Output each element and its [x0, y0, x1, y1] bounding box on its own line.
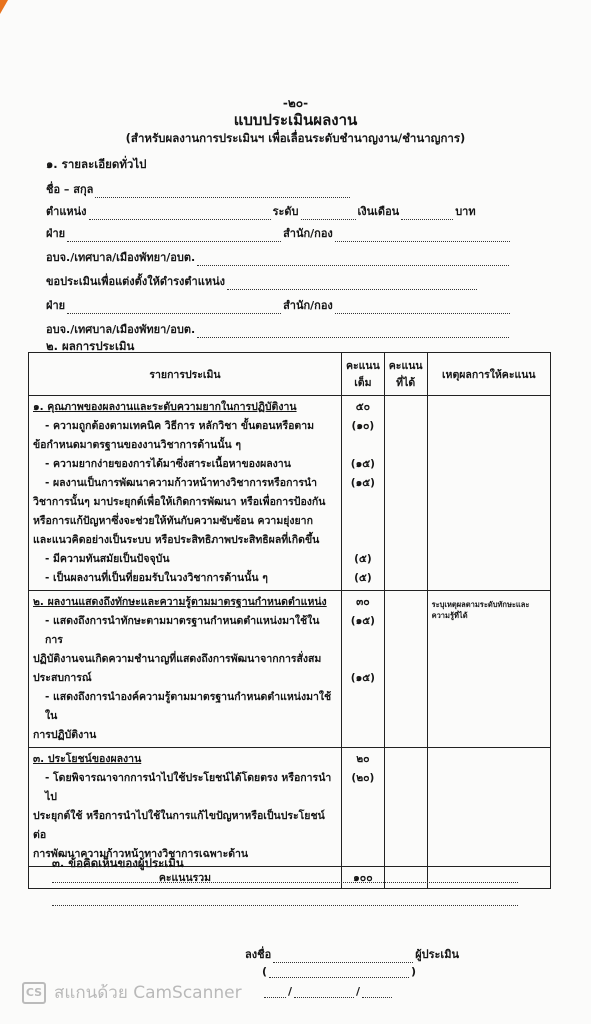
section1-heading: ๑. รายละเอียดทั่วไป: [46, 156, 146, 174]
signature-row: ลงชื่อ ผู้ประเมิน: [245, 945, 459, 963]
criteria-score: [346, 631, 380, 650]
criteria-text: วิชาการนั้นๆ มาประยุกต์เพื่อให้เกิดการพั…: [33, 493, 337, 512]
criteria-score: (๒๐): [346, 769, 380, 788]
office2-field[interactable]: [335, 303, 510, 314]
open-paren: (: [262, 965, 267, 978]
org2-field-row: อบจ./เทศบาล/เมืองพัทยา/อบต.: [46, 320, 511, 338]
table-row: ๒. ผลงานแสดงถึงทักษะและความรู้ตามมาตรฐาน…: [29, 591, 551, 748]
criteria-score: [346, 436, 380, 455]
criteria-score: [346, 688, 380, 707]
criteria-score: [346, 650, 380, 669]
header-full-score: คะแนนเต็ม: [341, 353, 384, 396]
total-reason-cell[interactable]: [427, 867, 550, 889]
position-label: ตำแหน่ง: [46, 202, 87, 220]
reason-cell[interactable]: ระบุเหตุผลตามระดับทักษะและความรู้ที่ได้: [427, 591, 550, 748]
position-field[interactable]: [89, 209, 271, 220]
header-reason: เหตุผลการให้คะแนน: [427, 353, 550, 396]
date-day-field[interactable]: [264, 987, 286, 998]
date-row: / /: [262, 985, 394, 998]
table-row: ๓. ประโยชน์ของผลงาน- โดยพิจารณาจากการนำไ…: [29, 748, 551, 867]
org-field[interactable]: [197, 255, 509, 266]
division2-field[interactable]: [67, 303, 281, 314]
office-label: สำนัก/กอง: [283, 224, 333, 242]
item-full-score: ๕๐: [346, 398, 380, 417]
item-cell: ๓. ประโยชน์ของผลงาน- โดยพิจารณาจากการนำไ…: [29, 748, 342, 867]
criteria-text: ข้อกำหนดมาตรฐานของงานวิชาการด้านนั้น ๆ: [33, 436, 337, 455]
section3-heading: ๓. ข้อคิดเห็นของผู้ประเมิน: [52, 855, 184, 873]
form-subtitle: (สำหรับผลงานการประเมินฯ เพื่อเลื่อนระดับ…: [0, 130, 591, 148]
org2-label: อบจ./เทศบาล/เมืองพัทยา/อบต.: [46, 320, 195, 338]
criteria-score: (๑๕): [346, 612, 380, 631]
baht-label: บาท: [455, 202, 475, 220]
level-field[interactable]: [301, 209, 356, 220]
total-full-score: ๑๐๐: [341, 867, 384, 889]
criteria-text: - ความยากง่ายของการได้มาซึ่งสาระเนื้อหาข…: [33, 455, 337, 474]
criteria-score: [346, 788, 380, 807]
criteria-score: (๑๕): [346, 669, 380, 688]
comment-line-2[interactable]: [52, 905, 518, 906]
criteria-score: (๕): [346, 569, 380, 588]
reason-cell[interactable]: [427, 396, 550, 591]
date-month-field[interactable]: [294, 987, 354, 998]
got-score-cell[interactable]: [384, 748, 427, 867]
got-score-cell[interactable]: [384, 396, 427, 591]
criteria-text: - ความถูกต้องตามเทคนิค วิธีการ หลักวิชา …: [33, 417, 337, 436]
criteria-text: หรือการแก้ปัญหาซึ่งจะช่วยให้ทันกับความซั…: [33, 512, 337, 531]
criteria-score: [346, 807, 380, 826]
evaluator-name-field[interactable]: [269, 967, 409, 978]
request-label: ขอประเมินเพื่อแต่งตั้งให้ดำรงตำแหน่ง: [46, 272, 225, 290]
criteria-score: [346, 512, 380, 531]
name-field-row: ชื่อ – สกุล: [46, 180, 352, 198]
office-field[interactable]: [335, 231, 510, 242]
reason-cell[interactable]: [427, 748, 550, 867]
request-field-row: ขอประเมินเพื่อแต่งตั้งให้ดำรงตำแหน่ง: [46, 272, 479, 290]
item-cell: ๒. ผลงานแสดงถึงทักษะและความรู้ตามมาตรฐาน…: [29, 591, 342, 748]
division-field-row: ฝ่าย สำนัก/กอง: [46, 224, 512, 242]
full-score-cell: ๒๐(๒๐): [341, 748, 384, 867]
position-field-row: ตำแหน่ง ระดับ เงินเดือน บาท: [46, 202, 476, 220]
header-got-score: คะแนนที่ได้: [384, 353, 427, 396]
full-score-cell: ๓๐(๑๕) (๑๕): [341, 591, 384, 748]
level-label: ระดับ: [273, 202, 299, 220]
date-year-field[interactable]: [362, 987, 392, 998]
table-header-row: รายการประเมิน คะแนนเต็ม คะแนนที่ได้ เหตุ…: [29, 353, 551, 396]
division-label: ฝ่าย: [46, 224, 65, 242]
criteria-text: - แสดงถึงการนำองค์ความรู้ตามมาตรฐานกำหนด…: [33, 688, 337, 726]
criteria-score: (๑๐): [346, 417, 380, 436]
item-full-score: ๓๐: [346, 593, 380, 612]
request-field[interactable]: [227, 279, 477, 290]
name-label: ชื่อ – สกุล: [46, 180, 93, 198]
reason-note: ระบุเหตุผลตามระดับทักษะและความรู้ที่ได้: [432, 593, 546, 621]
name-paren-row: ( ): [262, 965, 416, 978]
criteria-text: และแนวคิดอย่างเป็นระบบ หรือประสิทธิภาพปร…: [33, 531, 337, 550]
signature-field[interactable]: [273, 952, 413, 963]
criteria-text: ปฏิบัติงานจนเกิดความชำนาญที่แสดงถึงการพั…: [33, 650, 337, 669]
camscanner-watermark: CS สแกนด้วย CamScanner: [22, 979, 242, 1006]
scan-corner-mark: [0, 0, 8, 14]
salary-field[interactable]: [401, 209, 453, 220]
evaluator-role: ผู้ประเมิน: [415, 945, 459, 963]
criteria-text: - แสดงถึงการนำทักษะตามมาตรฐานกำหนดตำแหน่…: [33, 612, 337, 650]
camscanner-logo-icon: CS: [22, 982, 46, 1004]
sign-label: ลงชื่อ: [245, 945, 271, 963]
office2-label: สำนัก/กอง: [283, 296, 333, 314]
criteria-text: - โดยพิจารณาจากการนำไปใช้ประโยชน์ได้โดยต…: [33, 769, 337, 807]
item-cell: ๑. คุณภาพของผลงานและระดับความยากในการปฏิ…: [29, 396, 342, 591]
criteria-score: (๑๕): [346, 474, 380, 493]
item-title: ๒. ผลงานแสดงถึงทักษะและความรู้ตามมาตรฐาน…: [33, 593, 337, 612]
criteria-text: การปฏิบัติงาน: [33, 726, 337, 745]
criteria-text: - ผลงานเป็นการพัฒนาความก้าวหน้าทางวิชากา…: [33, 474, 337, 493]
criteria-text: - มีความทันสมัยเป็นปัจจุบัน: [33, 550, 337, 569]
criteria-text: - เป็นผลงานที่เป็นที่ยอมรับในวงวิชาการด้…: [33, 569, 337, 588]
full-score-cell: ๕๐(๑๐) (๑๕)(๑๕) (๕)(๕): [341, 396, 384, 591]
org-label: อบจ./เทศบาล/เมืองพัทยา/อบต.: [46, 248, 195, 266]
criteria-score: (๕): [346, 550, 380, 569]
close-paren: ): [411, 965, 416, 978]
comment-line-1[interactable]: [52, 882, 518, 883]
form-title: แบบประเมินผลงาน: [0, 108, 591, 132]
got-score-cell[interactable]: [384, 591, 427, 748]
watermark-text: สแกนด้วย CamScanner: [54, 979, 242, 1006]
date-sep-1: /: [288, 985, 292, 998]
date-sep-2: /: [356, 985, 360, 998]
item-title: ๓. ประโยชน์ของผลงาน: [33, 750, 337, 769]
criteria-score: (๑๕): [346, 455, 380, 474]
division2-label: ฝ่าย: [46, 296, 65, 314]
evaluation-table: รายการประเมิน คะแนนเต็ม คะแนนที่ได้ เหตุ…: [28, 352, 551, 889]
org-field-row: อบจ./เทศบาล/เมืองพัทยา/อบต.: [46, 248, 511, 266]
name-field[interactable]: [95, 187, 350, 198]
table-row: ๑. คุณภาพของผลงานและระดับความยากในการปฏิ…: [29, 396, 551, 591]
criteria-text: ประยุกต์ใช้ หรือการนำไปใช้ในการแก้ไขปัญห…: [33, 807, 337, 845]
org2-field[interactable]: [197, 327, 509, 338]
salary-label: เงินเดือน: [358, 202, 400, 220]
division2-field-row: ฝ่าย สำนัก/กอง: [46, 296, 512, 314]
total-got-score-cell[interactable]: [384, 867, 427, 889]
criteria-score: [346, 493, 380, 512]
division-field[interactable]: [67, 231, 281, 242]
item-full-score: ๒๐: [346, 750, 380, 769]
header-item: รายการประเมิน: [29, 353, 342, 396]
criteria-text: ประสบการณ์: [33, 669, 337, 688]
item-title: ๑. คุณภาพของผลงานและระดับความยากในการปฏิ…: [33, 398, 337, 417]
criteria-score: [346, 531, 380, 550]
